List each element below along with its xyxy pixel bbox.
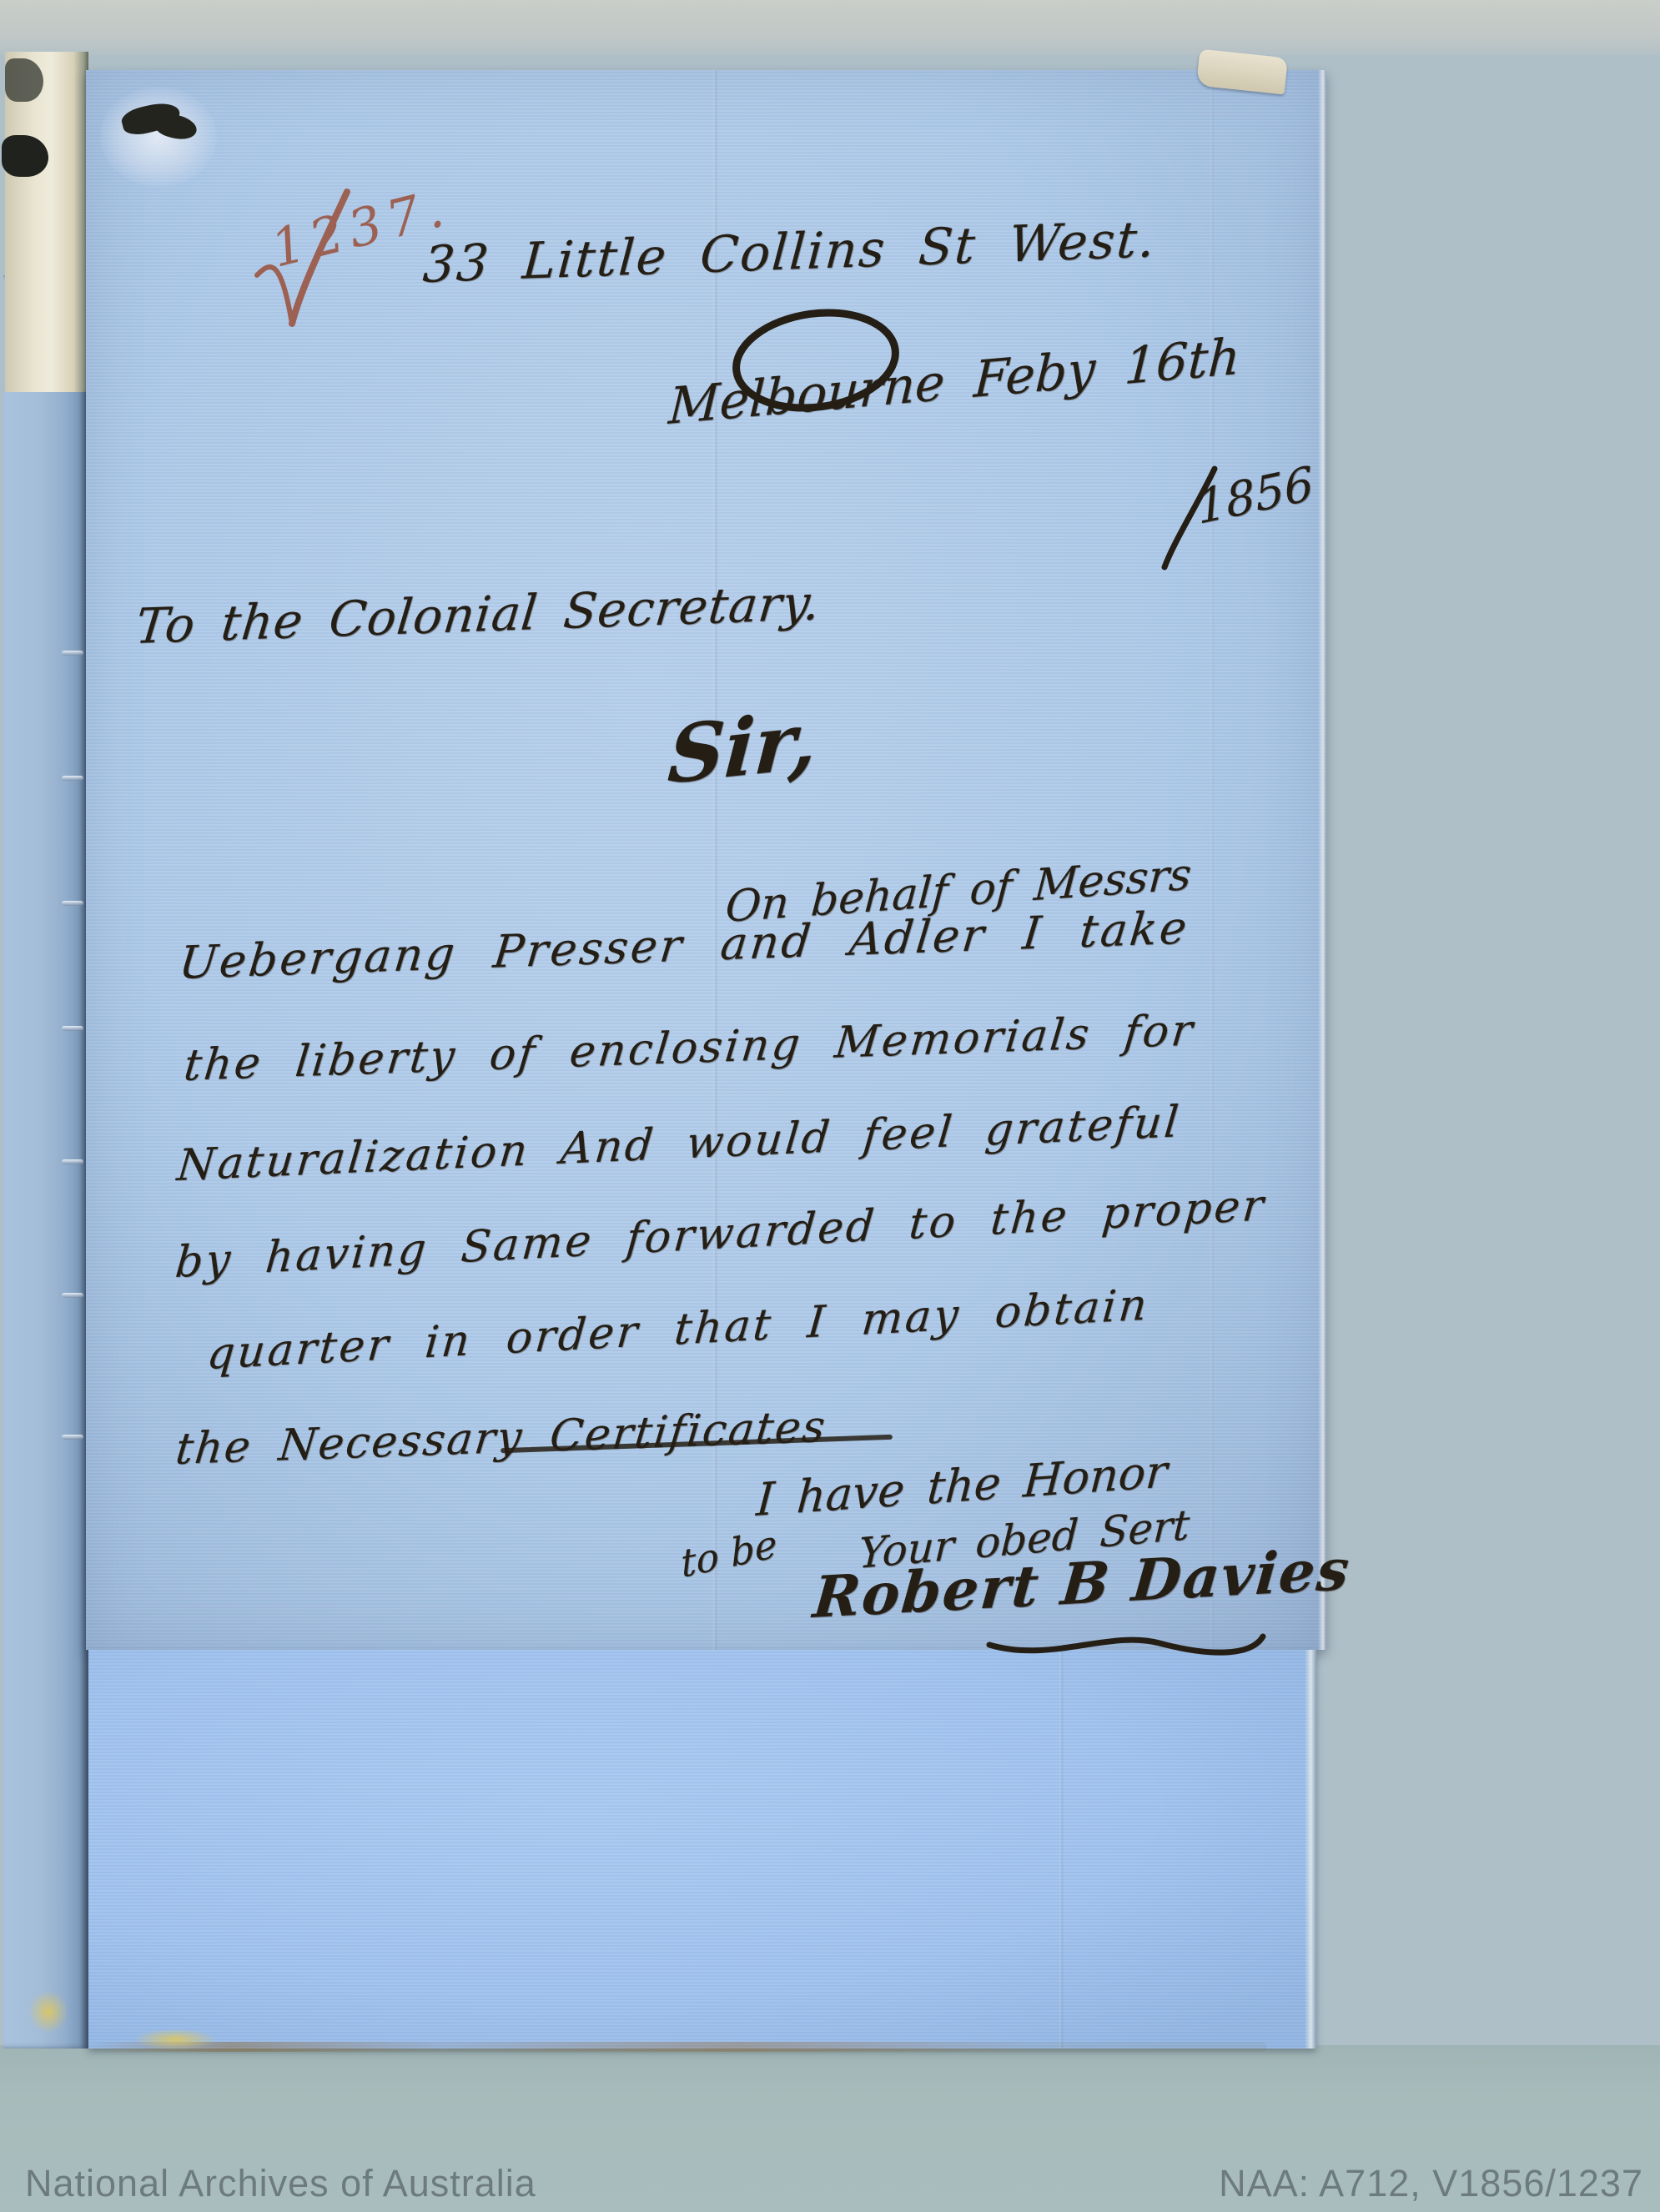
- reference-number: NAA: A712, V1856/1237: [1219, 2162, 1643, 2205]
- yellow-stain: [133, 2029, 217, 2050]
- archive-watermark: National Archives of Australia: [25, 2162, 536, 2205]
- sheet-edge: [1318, 70, 1326, 1650]
- salutation: Sir,: [666, 701, 820, 796]
- signature-flourish: [984, 1628, 1268, 1665]
- ink-smudge: [5, 58, 43, 102]
- document-scan: 1237. 33 Little Collins St West. Melbour…: [0, 0, 1660, 2212]
- paper-crease: [1059, 1650, 1064, 2049]
- stitch-mark: [62, 776, 83, 781]
- stitch-mark: [62, 1026, 83, 1031]
- stitch-mark: [62, 1435, 83, 1440]
- stitch-mark: [62, 901, 83, 906]
- binding-strip: [5, 52, 88, 392]
- sheet-edge: [1305, 1650, 1316, 2049]
- torn-notch: [2, 135, 48, 177]
- stitch-mark: [62, 1159, 83, 1164]
- punch-hole: [100, 87, 217, 187]
- under-sheet: [88, 1650, 1316, 2049]
- stitch-mark: [62, 1293, 83, 1298]
- punch-hole-halo: [100, 87, 217, 187]
- stitch-mark: [62, 651, 83, 656]
- paper-crease: [1210, 70, 1215, 1650]
- edge-stain: [88, 2042, 1267, 2052]
- scanner-background-top: [0, 0, 1660, 55]
- yellow-stain: [28, 1990, 68, 2034]
